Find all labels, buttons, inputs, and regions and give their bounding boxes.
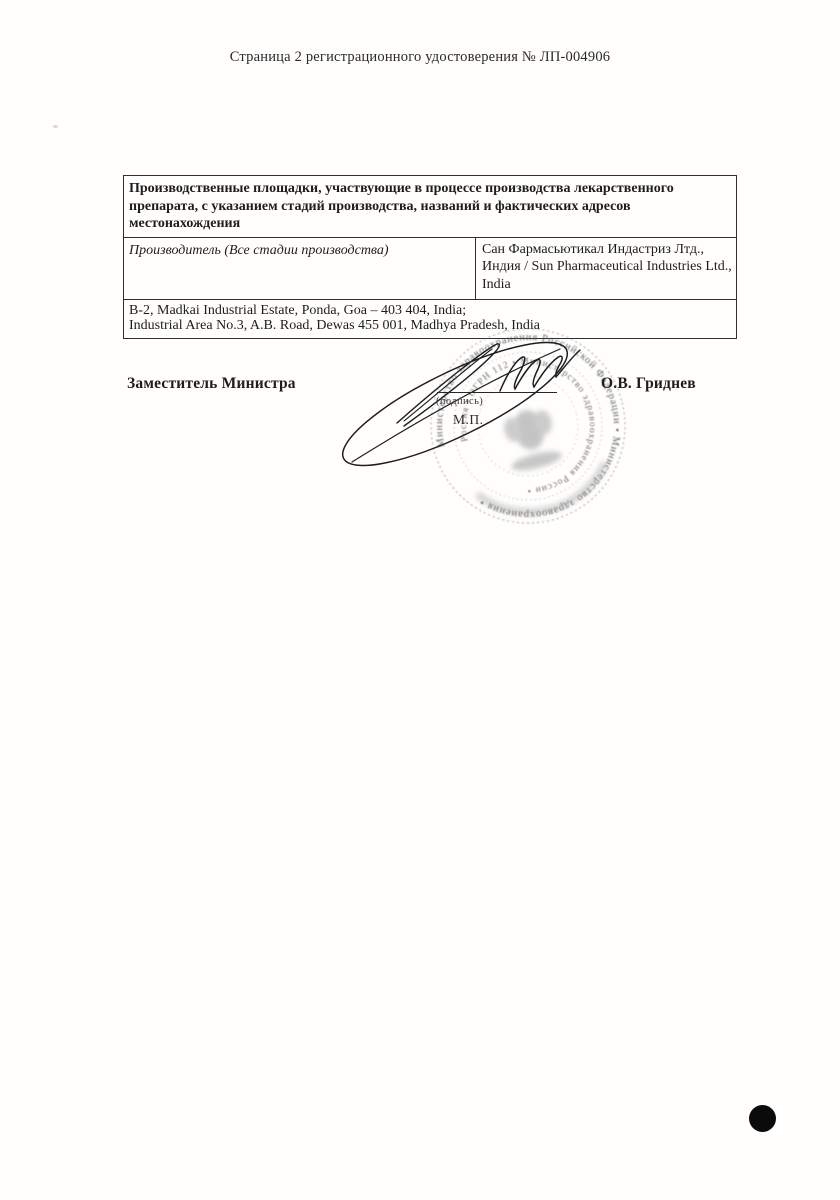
production-sites-table: Производственные площадки, участвующие в…	[123, 175, 737, 339]
manufacturer-value-line: India	[482, 276, 732, 294]
page-header: Страница 2 регистрационного удостоверени…	[0, 49, 840, 66]
document-page: Страница 2 регистрационного удостоверени…	[0, 0, 840, 1200]
manufacturer-label: Производитель (Все стадии производства)	[124, 238, 476, 299]
signature-stroke	[500, 356, 562, 391]
manufacturer-value: Сан Фармасьютикал Индастриз Лтд., Индия …	[476, 238, 736, 299]
signature-line	[437, 392, 557, 393]
table-title: Производственные площадки, участвующие в…	[124, 176, 736, 238]
stamp-place-mark: М.П.	[453, 412, 484, 428]
signer-name: О.В. Гриднев	[601, 375, 696, 393]
deputy-minister-title: Заместитель Министра	[127, 375, 296, 393]
manufacturer-value-line: Индия / Sun Pharmaceutical Industries Lt…	[482, 258, 732, 276]
manufacturer-value-line: Сан Фармасьютикал Индастриз Лтд.,	[482, 241, 732, 259]
signature-stroke	[404, 349, 492, 421]
handwritten-signature	[325, 328, 610, 488]
table-row: Производитель (Все стадии производства) …	[124, 238, 736, 300]
signature-caption: (подпись)	[436, 396, 483, 407]
signature-loop	[330, 328, 581, 487]
scan-artifact-dot	[53, 125, 58, 128]
punch-hole-dot	[749, 1105, 776, 1132]
